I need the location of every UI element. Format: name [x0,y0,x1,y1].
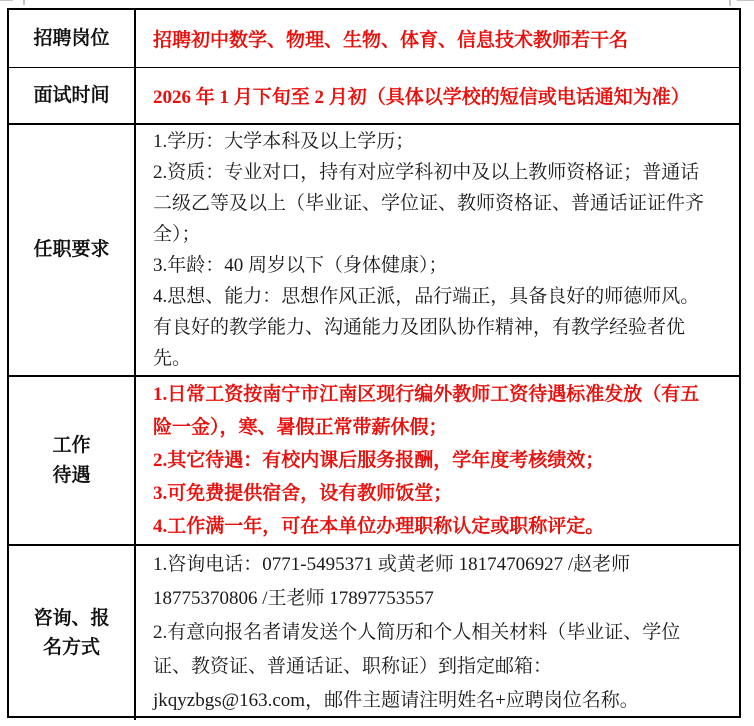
table-row-requirements: 任职要求 1.学历：大学本科及以上学历； 2.资质：专业对口，持有对应学科初中及… [9,123,739,375]
list-item: 4.思想、能力：思想作风正派，品行端正，具备良好的师德师风。有良好的教学能力、沟… [153,281,715,374]
crop-artifact [0,0,13,1]
list-item: 1.学历：大学本科及以上学历； [153,126,715,157]
list-item: 2.其它待遇：有校内课后服务报酬，学年度考核绩效； [153,444,715,477]
row-header-requirements: 任职要求 [9,125,136,375]
crop-artifact [737,0,754,1]
row-header-interview-time: 面试时间 [9,68,136,123]
table-row-interview-time: 面试时间 2026 年 1 月下旬至 2 月初（具体以学校的短信或电话通知为准） [9,67,739,123]
recruitment-notice-page: 招聘岗位 招聘初中数学、物理、生物、体育、信息技术教师若干名 面试时间 2026… [0,0,754,726]
list-item: 3.可免费提供宿舍，设有教师饭堂； [153,477,715,510]
crop-artifact [729,0,731,6]
cell-positions-value: 招聘初中数学、物理、生物、体育、信息技术教师若干名 [136,10,739,67]
table-row-benefits: 工作 待遇 1.日常工资按南宁市江南区现行编外教师工资待遇标准发放（有五险一金）… [9,375,739,544]
list-item: 2.有意向报名者请发送个人简历和个人相关材料（毕业证、学位证、教资证、普通话证、… [153,616,715,718]
list-item: 1.咨询电话：0771-5495371 或黄老师 18174706927 /赵老… [153,548,715,616]
list-item: 4.工作满一年，可在本单位办理职称认定或职称评定。 [153,510,715,543]
list-item: 1.日常工资按南宁市江南区现行编外教师工资待遇标准发放（有五险一金），寒、暑假正… [153,378,715,444]
cell-requirements-value: 1.学历：大学本科及以上学历； 2.资质：专业对口，持有对应学科初中及以上教师资… [136,125,739,375]
row-header-benefits: 工作 待遇 [9,377,136,544]
recruitment-info-table: 招聘岗位 招聘初中数学、物理、生物、体育、信息技术教师若干名 面试时间 2026… [7,8,741,718]
row-header-positions: 招聘岗位 [9,10,136,67]
table-row-positions: 招聘岗位 招聘初中数学、物理、生物、体育、信息技术教师若干名 [9,10,739,67]
crop-artifact [23,0,25,5]
list-item: 2.资质：专业对口，持有对应学科初中及以上教师资格证；普通话二级乙等及以上（毕业… [153,157,715,250]
table-row-contact: 咨询、报 名方式 1.咨询电话：0771-5495371 或黄老师 181747… [9,544,739,720]
row-header-contact: 咨询、报 名方式 [9,546,136,720]
cell-interview-time-value: 2026 年 1 月下旬至 2 月初（具体以学校的短信或电话通知为准） [136,68,739,123]
cell-benefits-value: 1.日常工资按南宁市江南区现行编外教师工资待遇标准发放（有五险一金），寒、暑假正… [136,377,739,544]
list-item: 3.年龄：40 周岁以下（身体健康）； [153,250,715,281]
cell-contact-value: 1.咨询电话：0771-5495371 或黄老师 18174706927 /赵老… [136,546,739,720]
